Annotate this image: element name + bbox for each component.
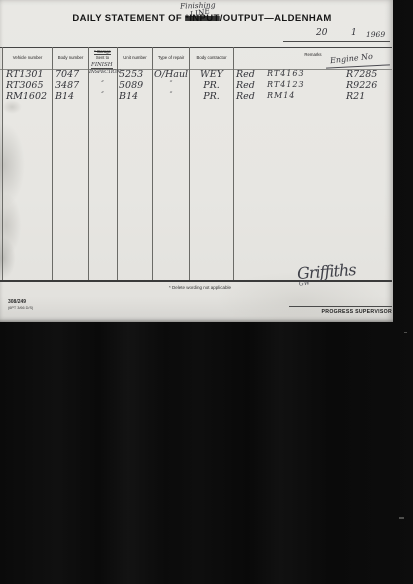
row1-unit-number: 5253	[119, 69, 143, 80]
row1-body-number: 7047	[55, 69, 79, 80]
row2-engine-number: R9226	[346, 80, 377, 91]
row3-unit-number: B14	[119, 91, 138, 102]
row1-body-contractor: WEY	[192, 69, 231, 80]
table-column-line	[2, 47, 3, 280]
header-garage-sent-to: * Garage Sent to	[89, 49, 116, 61]
row2-vehicle-number: RT3065	[6, 80, 44, 91]
table-column-line	[233, 47, 234, 280]
row2-body-contractor: PR.	[192, 80, 231, 91]
table-column-line	[117, 47, 118, 280]
date-day: 20	[316, 28, 327, 38]
title-suffix: /OUTPUT—ALDENHAM	[220, 13, 332, 24]
row3-garage-ditto: ″	[89, 91, 116, 99]
header-vehicle-number: Vehicle number	[3, 55, 52, 60]
header-unit-number: Unit number	[118, 55, 152, 60]
header-body-number: Body number	[53, 55, 88, 60]
row1-vehicle-number: RT1301	[6, 69, 44, 80]
header-sent-to: Sent to	[96, 55, 109, 60]
form-print-code: (6PT 3/66 D/S)	[8, 306, 33, 310]
form-number: 308/249	[8, 300, 26, 306]
row3-body-contractor: PR.	[192, 91, 231, 102]
table-column-line	[52, 47, 53, 280]
row2-remark-colour: Red	[236, 80, 255, 91]
row1-remark-colour: Red	[236, 69, 255, 80]
scanned-page: Finishing LINE DAILY STATEMENT OF *INPUT…	[0, 0, 413, 584]
paper-sheet: Finishing LINE DAILY STATEMENT OF *INPUT…	[0, 0, 393, 322]
row2-unit-number: 5089	[119, 80, 143, 91]
date-underline	[283, 41, 390, 42]
row3-vehicle-number: RM1602	[6, 91, 47, 102]
row2-garage-ditto: ″	[89, 80, 116, 88]
date-month: 1	[351, 28, 357, 38]
row3-remark-colour: Red	[236, 91, 255, 102]
row1-garage-note: INSPECTION	[89, 69, 116, 75]
handwritten-finish: FINISH	[91, 62, 113, 69]
row3-type-ditto: ″	[154, 91, 188, 99]
header-body-contractor: Body contractor	[190, 55, 233, 60]
table-top-rule	[0, 47, 392, 48]
row2-type-ditto: ″	[154, 80, 188, 88]
row1-type-of-repair: O/Haul	[154, 69, 188, 80]
title-struck-input: *INPUT	[185, 13, 220, 24]
title-prefix: DAILY STATEMENT OF	[72, 13, 185, 24]
row2-body-number: 3487	[55, 80, 79, 91]
scan-artifact-dot	[399, 517, 404, 519]
table-column-line	[152, 47, 153, 280]
scan-artifact-dot	[404, 332, 407, 333]
page-title: DAILY STATEMENT OF *INPUT/OUTPUT—ALDENHA…	[52, 13, 352, 24]
date-year: 1969	[366, 30, 385, 39]
delete-wording-footnote: * Delete wording not applicable	[120, 285, 280, 290]
row3-engine-number: R21	[346, 91, 365, 102]
header-type-of-repair: Type of repair	[153, 55, 189, 60]
progress-supervisor-label: PROGRESS SUPERVISOR	[289, 309, 392, 315]
signature-initials: GW	[299, 279, 311, 287]
row1-engine-number: R7285	[346, 69, 377, 80]
row1-remark-code: RT4163	[267, 69, 305, 78]
table-column-line	[189, 47, 190, 280]
row2-remark-code: RT4123	[267, 80, 305, 89]
row3-remark-code: RM14	[267, 91, 295, 100]
supervisor-signature-line	[289, 306, 392, 307]
row3-body-number: B14	[55, 91, 74, 102]
